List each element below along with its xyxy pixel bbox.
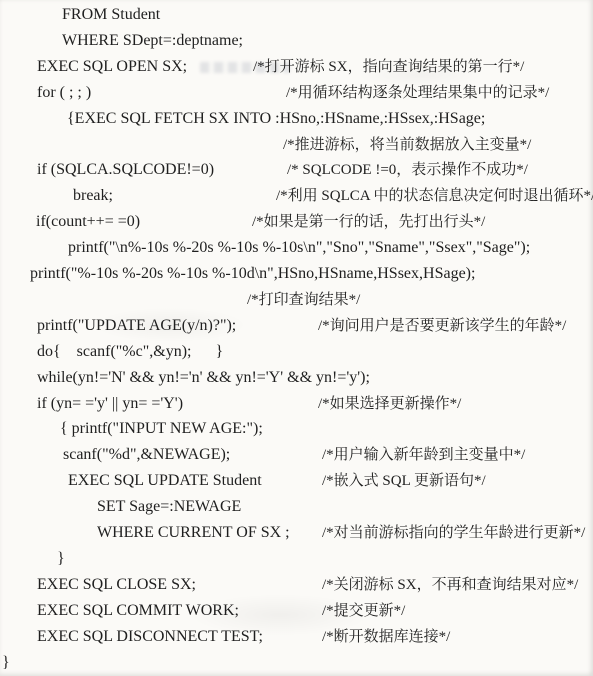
- code-line: if (SQLCA.SQLCODE!=0) /* SQLCODE !=0，表示操…: [0, 157, 593, 183]
- code-line: {EXEC SQL FETCH SX INTO :HSno,:HSname,:H…: [0, 106, 593, 132]
- code-line: while(yn!='N' && yn!='n' && yn!='Y' && y…: [0, 365, 593, 391]
- code-text: while(yn!='N' && yn!='n' && yn!='Y' && y…: [37, 365, 370, 391]
- code-line: EXEC SQL CLOSE SX; /*关闭游标 SX，不再和查询结果对应*/: [0, 572, 593, 598]
- code-text: printf("\n%-10s %-20s %-10s %-10s\n","Sn…: [68, 235, 530, 261]
- code-text: EXEC SQL COMMIT WORK;: [37, 598, 239, 624]
- code-comment: /*用循环结构逐条处理结果集中的记录*/: [286, 80, 549, 106]
- code-text: printf("%-10s %-20s %-10s %-10d\n",HSno,…: [30, 261, 475, 287]
- code-comment: /*提交更新*/: [322, 598, 405, 624]
- code-line: EXEC SQL DISCONNECT TEST; /*断开数据库连接*/: [0, 624, 593, 650]
- code-line: scanf("%d",&NEWAGE); /*用户输入新年龄到主变量中*/: [0, 442, 593, 468]
- code-line: EXEC SQL OPEN SX; /*打开游标 SX，指向查询结果的第一行*/: [0, 54, 593, 80]
- code-comment: /*如果选择更新操作*/: [318, 391, 461, 417]
- code-line: /*打印查询结果*/: [0, 287, 593, 313]
- code-text: }: [2, 650, 10, 676]
- code-line: if (yn= ='y' || yn= ='Y') /*如果选择更新操作*/: [0, 391, 593, 417]
- code-text: EXEC SQL CLOSE SX;: [37, 572, 196, 598]
- code-text: if(count++= =0): [36, 209, 140, 235]
- code-text: if (SQLCA.SQLCODE!=0): [37, 157, 214, 183]
- code-line: WHERE SDept=:deptname;: [0, 28, 593, 54]
- code-text: {EXEC SQL FETCH SX INTO :HSno,:HSname,:H…: [67, 106, 485, 132]
- code-text: EXEC SQL UPDATE Student: [68, 468, 262, 494]
- code-text: { printf("INPUT NEW AGE:");: [60, 416, 263, 442]
- code-line: }: [0, 546, 593, 572]
- code-comment: /*询问用户是否要更新该学生的年龄*/: [318, 313, 566, 339]
- code-line: WHERE CURRENT OF SX ; /*对当前游标指向的学生年龄进行更新…: [0, 520, 593, 546]
- document-page: FROM Student WHERE SDept=:deptname; EXEC…: [0, 0, 593, 676]
- code-line: SET Sage=:NEWAGE: [0, 494, 593, 520]
- code-comment: /* SQLCODE !=0，表示操作不成功*/: [287, 157, 528, 183]
- code-comment: /*推进游标，将当前数据放入主变量*/: [283, 132, 531, 158]
- code-text: scanf("%d",&NEWAGE);: [63, 442, 230, 468]
- code-line: { printf("INPUT NEW AGE:");: [0, 416, 593, 442]
- code-text: if (yn= ='y' || yn= ='Y'): [37, 391, 183, 417]
- code-comment: /*利用 SQLCA 中的状态信息决定何时退出循环*/: [276, 183, 593, 209]
- code-comment: /*断开数据库连接*/: [322, 624, 450, 650]
- code-comment: /*如果是第一行的话，先打出行头*/: [252, 209, 485, 235]
- code-line: printf("%-10s %-20s %-10s %-10d\n",HSno,…: [0, 261, 593, 287]
- code-text: break;: [73, 183, 113, 209]
- code-text: FROM Student: [62, 2, 160, 28]
- code-text: do{ scanf("%c",&yn); }: [37, 339, 223, 365]
- code-line: break; /*利用 SQLCA 中的状态信息决定何时退出循环*/: [0, 183, 593, 209]
- code-line: /*推进游标，将当前数据放入主变量*/: [0, 132, 593, 158]
- code-line: }: [0, 650, 593, 676]
- code-text: EXEC SQL OPEN SX;: [37, 54, 187, 80]
- code-comment: /*打开游标 SX，指向查询结果的第一行*/: [253, 54, 524, 80]
- code-text: WHERE SDept=:deptname;: [62, 28, 243, 54]
- code-line: if(count++= =0) /*如果是第一行的话，先打出行头*/: [0, 209, 593, 235]
- code-line: EXEC SQL COMMIT WORK; /*提交更新*/: [0, 598, 593, 624]
- code-text: SET Sage=:NEWAGE: [97, 494, 241, 520]
- code-comment: /*打印查询结果*/: [247, 287, 360, 313]
- code-comment: /*关闭游标 SX，不再和查询结果对应*/: [322, 572, 578, 598]
- code-line: FROM Student: [0, 2, 593, 28]
- code-line: printf("\n%-10s %-20s %-10s %-10s\n","Sn…: [0, 235, 593, 261]
- code-text: EXEC SQL DISCONNECT TEST;: [37, 624, 263, 650]
- code-comment: /*用户输入新年龄到主变量中*/: [322, 442, 525, 468]
- code-line: for ( ; ; ) /*用循环结构逐条处理结果集中的记录*/: [0, 80, 593, 106]
- code-line: printf("UPDATE AGE(y/n)?"); /*询问用户是否要更新该…: [0, 313, 593, 339]
- code-line: EXEC SQL UPDATE Student /*嵌入式 SQL 更新语句*/: [0, 468, 593, 494]
- code-text: for ( ; ; ): [37, 80, 91, 106]
- code-comment: /*嵌入式 SQL 更新语句*/: [322, 468, 486, 494]
- code-text: printf("UPDATE AGE(y/n)?");: [37, 313, 236, 339]
- code-comment: /*对当前游标指向的学生年龄进行更新*/: [322, 520, 585, 546]
- code-text: WHERE CURRENT OF SX ;: [97, 520, 290, 546]
- code-text: }: [57, 546, 65, 572]
- code-line: do{ scanf("%c",&yn); }: [0, 339, 593, 365]
